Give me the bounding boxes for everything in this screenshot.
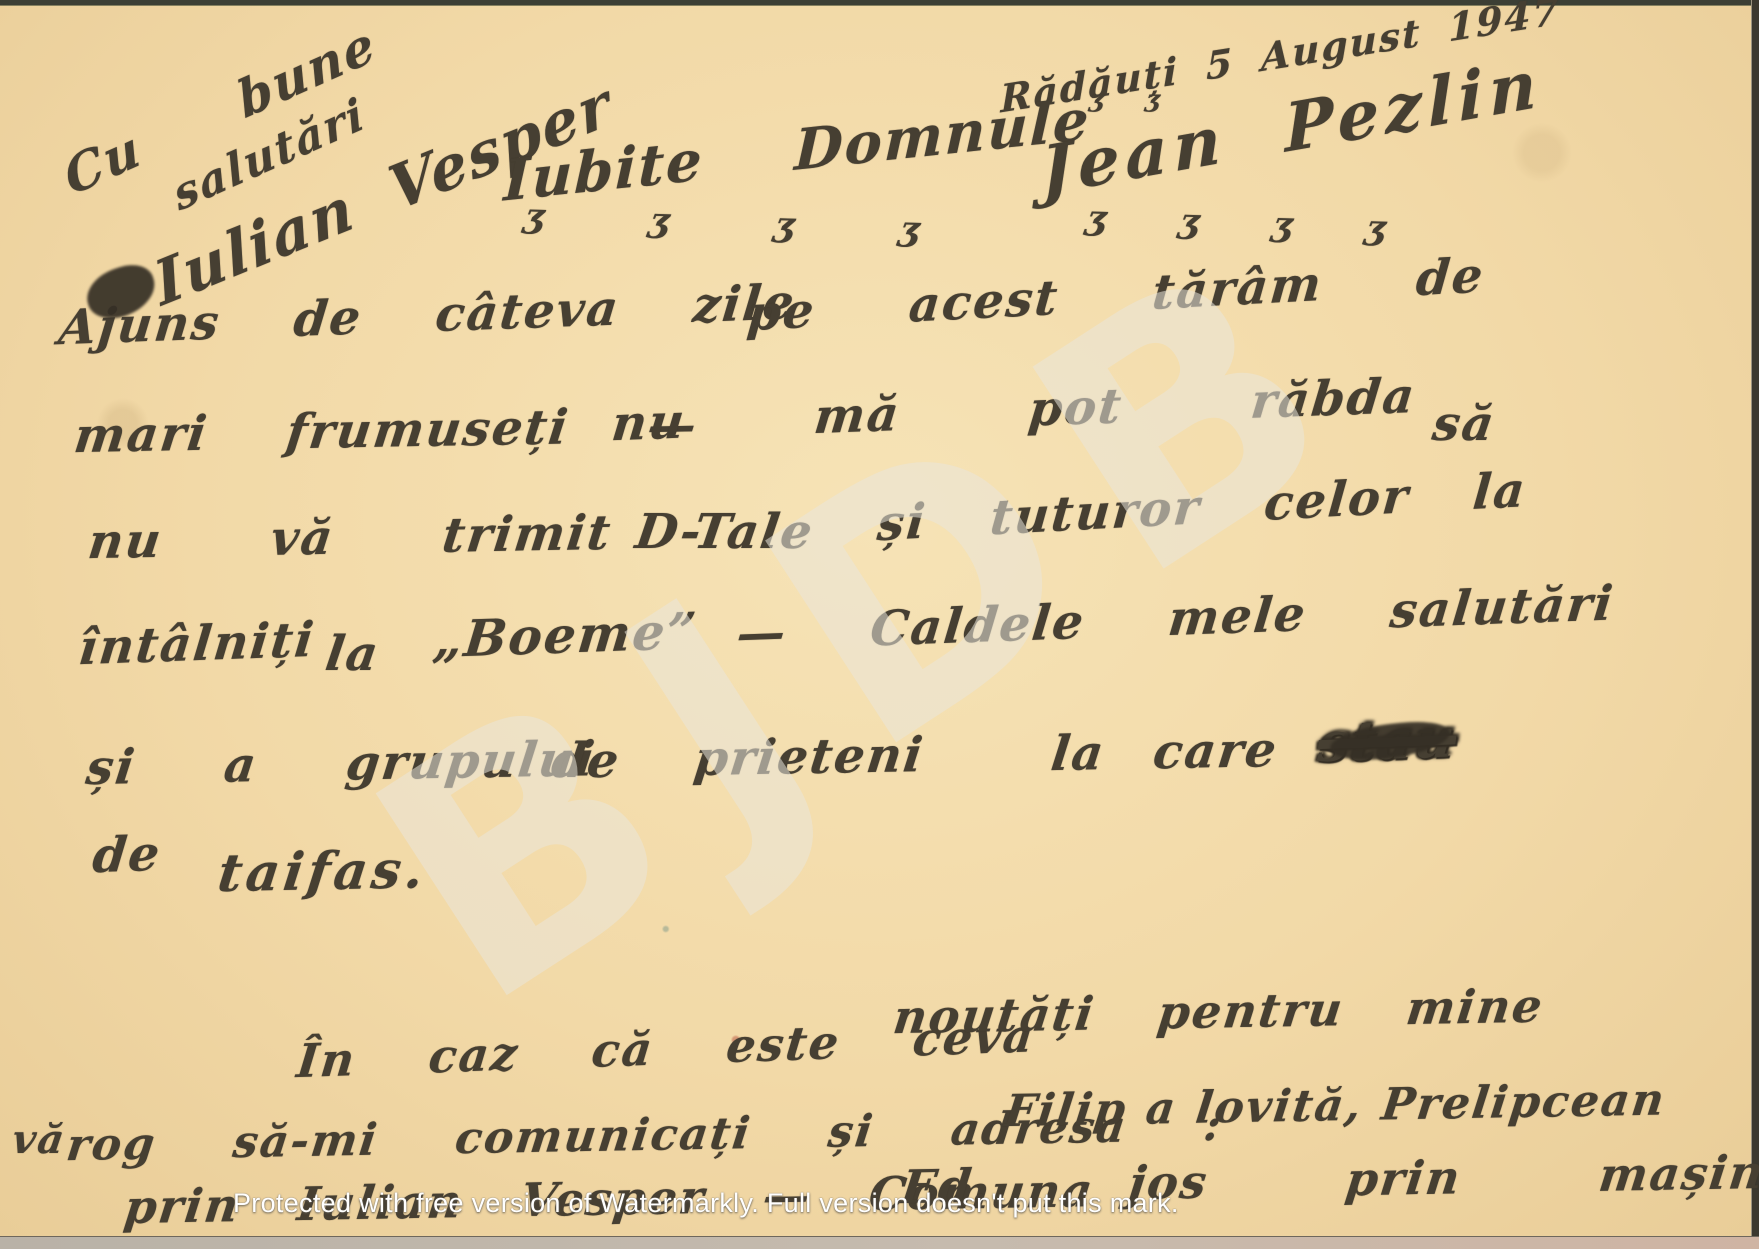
flourish-row-1: ʒ ʒ ʒ ʒ	[521, 196, 925, 250]
body-line-5d: la care	[1048, 722, 1281, 782]
watermarkly-notice: Protected with free version of Watermark…	[233, 1188, 1179, 1219]
body-line-1b: pe acest tărâm de	[745, 247, 1487, 342]
body-line-3a: nu vă trimit	[85, 505, 615, 570]
body-line-8c: Filip a lovită, Prelipcean	[1002, 1074, 1669, 1137]
body-line-3c: și tuturor celor la	[875, 462, 1529, 552]
body-line-4a: întâlniți	[76, 612, 318, 676]
body-line-6a: de	[90, 826, 164, 885]
body-line-8a: vă	[9, 1116, 69, 1163]
body-line-4d: — Caldele mele salutări	[734, 575, 1617, 662]
body-line-4b: la	[322, 626, 383, 682]
body-line-5a: și a grupului	[83, 731, 599, 796]
body-line-3b: D-Tale	[632, 504, 817, 560]
body-line-4c: „Boeme”	[431, 601, 701, 669]
body-line-5c: prieteni	[691, 727, 927, 787]
handwriting-layer: Cu bunesalutăriIulian VesperRădăuți 5 Au…	[0, 0, 1759, 1249]
body-line-5b: de	[548, 733, 624, 789]
body-line-7b: noutăți pentru mine	[890, 979, 1547, 1044]
flourish-under-dateline: ʒ ʒ	[1088, 84, 1164, 113]
body-line-6b: taifas.	[214, 839, 430, 904]
flourish-row-2: ʒ ʒ ʒ ʒ	[1083, 198, 1391, 248]
scanned-postcard: Cu bunesalutăriIulian VesperRădăuți 5 Au…	[0, 0, 1759, 1249]
body-line-2b: nu mă pot răbda	[609, 368, 1419, 452]
body-line-2a: mari frumuseți —	[71, 397, 701, 464]
body-line-2c: să	[1429, 396, 1499, 452]
